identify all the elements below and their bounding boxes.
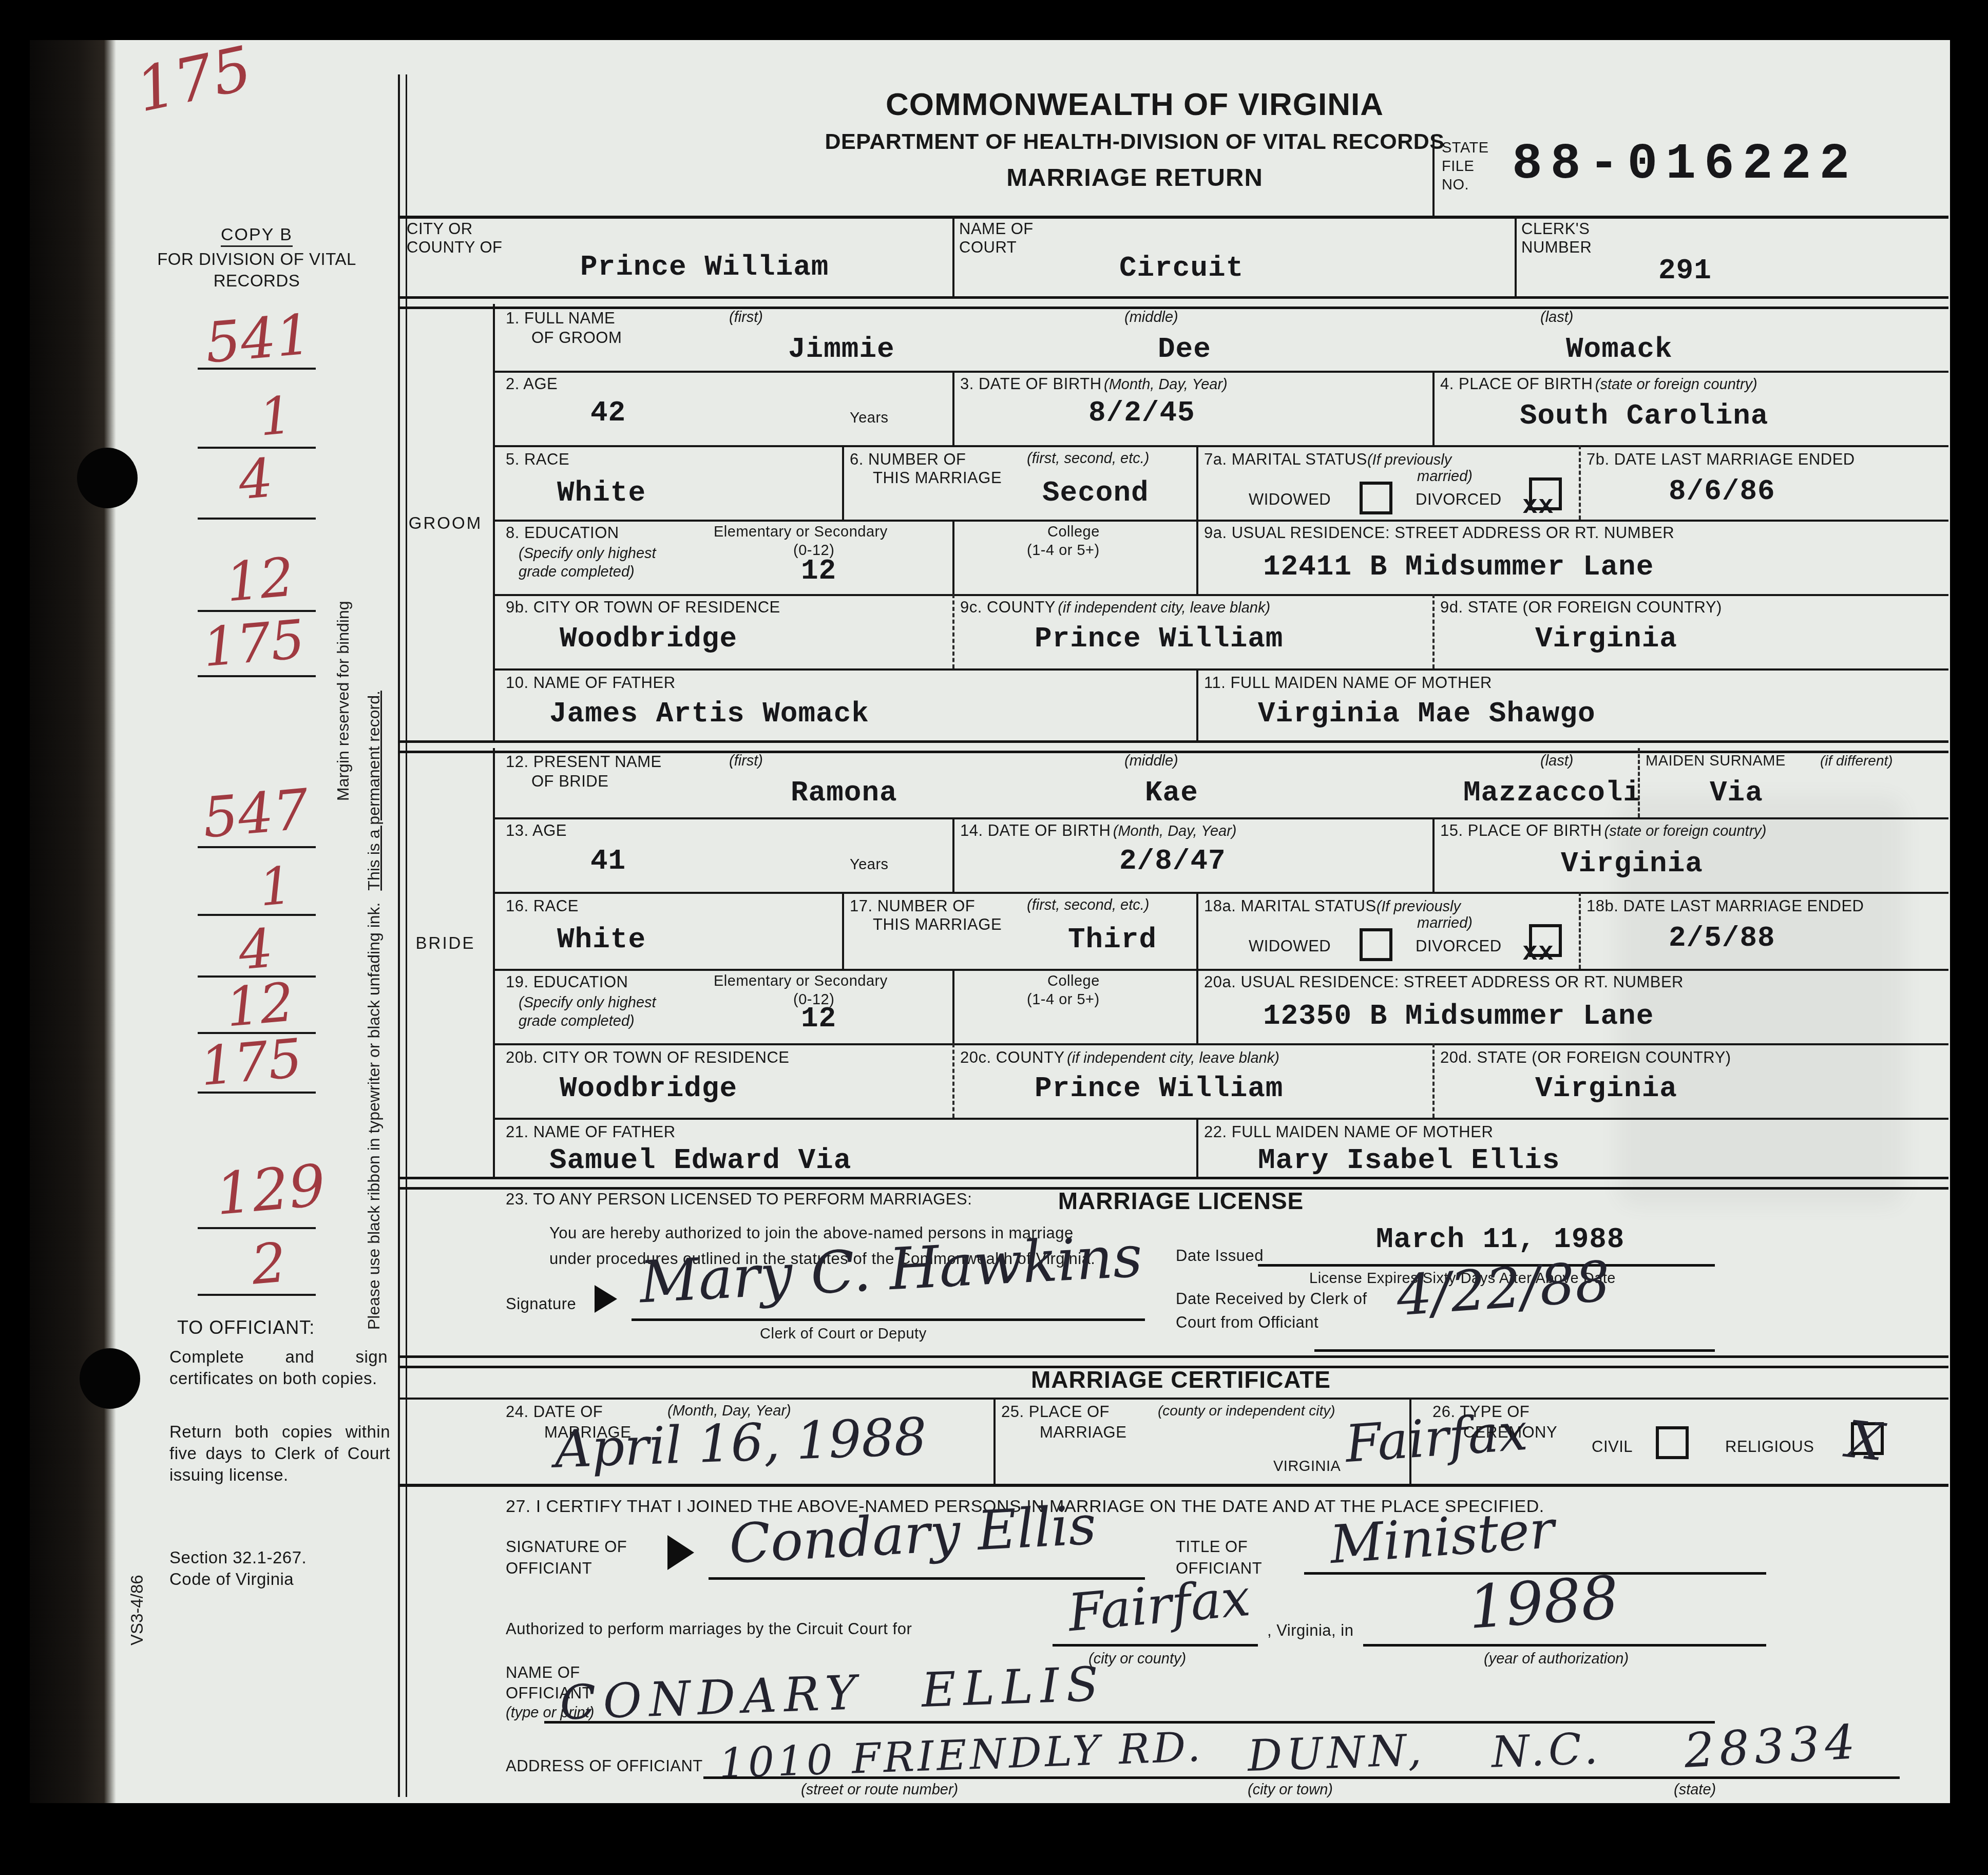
- field-label: 6. NUMBER OF: [850, 450, 966, 469]
- field-label: 12. PRESENT NAME: [506, 753, 662, 771]
- groom-birth-place: South Carolina: [1520, 399, 1768, 432]
- margin-number: 4: [236, 446, 276, 511]
- bride-last-name: Mazzaccoli: [1463, 776, 1641, 809]
- field-label-text: 18a. MARITAL STATUS: [1204, 897, 1377, 915]
- court-label: COURT: [959, 238, 1017, 257]
- license-addressee-label: 23. TO ANY PERSON LICENSED TO PERFORM MA…: [506, 1190, 972, 1209]
- grid-line: [1432, 371, 1435, 445]
- form-code: VS3-4/86: [127, 1575, 147, 1646]
- margin-rule: [198, 368, 316, 370]
- grid-line: [1196, 1118, 1198, 1177]
- copy-for-line2: RECORDS: [118, 271, 395, 291]
- margin-number: 175: [200, 608, 307, 679]
- field-label: Elementary or Secondary: [714, 973, 888, 990]
- field-label: OF BRIDE: [531, 772, 608, 791]
- grid-line: [1579, 445, 1581, 520]
- statute-line2: Code of Virginia: [169, 1570, 294, 1589]
- field-hint: (first): [729, 309, 763, 326]
- field-label: MAIDEN SURNAME: [1646, 753, 1786, 770]
- grid-line: [952, 520, 954, 594]
- field-label: Years: [850, 856, 889, 873]
- grid-line: [493, 748, 495, 1177]
- religious-label: RELIGIOUS: [1725, 1438, 1814, 1456]
- field-hint: (middle): [1124, 753, 1178, 770]
- title-commonwealth: COMMONWEALTH OF VIRGINIA: [647, 86, 1622, 123]
- field-label: 11. FULL MAIDEN NAME OF MOTHER: [1204, 674, 1492, 692]
- margin-rule: [198, 1227, 316, 1229]
- grid-line: [493, 892, 1948, 894]
- field-label-text: 4. PLACE OF BIRTH: [1440, 375, 1593, 393]
- bride-maiden-surname: Via: [1710, 776, 1763, 809]
- margin-rule: [198, 914, 316, 916]
- field-label: 8. EDUCATION: [506, 524, 619, 542]
- field-label: 19. EDUCATION: [506, 973, 628, 991]
- authorized-place-line: [1053, 1644, 1258, 1647]
- grid-line: [493, 1118, 1948, 1120]
- state-file-label: FILE: [1442, 158, 1474, 175]
- field-label: 20c. COUNTY (if independent city, leave …: [960, 1048, 1279, 1067]
- field-label: 3. DATE OF BIRTH (Month, Day, Year): [960, 375, 1228, 393]
- date-received-line: [1314, 1349, 1715, 1352]
- field-label: (1-4 or 5+): [1027, 542, 1100, 559]
- field-label-text: 15. PLACE OF BIRTH: [1440, 821, 1602, 839]
- field-label: 14. DATE OF BIRTH (Month, Day, Year): [960, 821, 1236, 840]
- bride-state: Virginia: [1535, 1072, 1677, 1105]
- civil-checkbox: [1656, 1426, 1689, 1459]
- city-county-value: Prince William: [580, 251, 829, 283]
- grid-line: [493, 520, 1948, 522]
- authorized-year-value: 1988: [1466, 1563, 1621, 1642]
- address-city-value: DUNN,: [1247, 1725, 1426, 1781]
- grid-line: [993, 1398, 996, 1484]
- binding-note: Margin reserved for binding: [334, 601, 353, 801]
- signature-arrow-icon: [667, 1535, 694, 1570]
- grid-line: [952, 817, 954, 892]
- field-label: THIS MARRIAGE: [873, 915, 1002, 934]
- field-label: 2. AGE: [506, 375, 558, 393]
- civil-label: CIVIL: [1592, 1438, 1633, 1456]
- license-heading: MARRIAGE LICENSE: [950, 1187, 1412, 1215]
- field-label: 20b. CITY OR TOWN OF RESIDENCE: [506, 1048, 789, 1067]
- grid-line: [493, 371, 1948, 373]
- bride-mother-name: Mary Isabel Ellis: [1258, 1144, 1560, 1177]
- bride-birth-date: 2/8/47: [1119, 845, 1226, 877]
- field-label: 21. NAME OF FATHER: [506, 1123, 676, 1141]
- groom-middle-name: Dee: [1158, 333, 1211, 366]
- bride-race: White: [557, 923, 646, 956]
- bride-street: 12350 B Midsummer Lane: [1263, 1000, 1654, 1032]
- bride-band-label: BRIDE: [398, 933, 493, 953]
- field-hint: (last): [1540, 753, 1573, 770]
- bride-county: Prince William: [1035, 1072, 1283, 1105]
- field-label: 16. RACE: [506, 897, 579, 915]
- field-label: 13. AGE: [506, 821, 567, 840]
- grid-line: [493, 304, 495, 740]
- signature-sublabel: Clerk of Court or Deputy: [760, 1326, 927, 1343]
- field-hint: (county or independent city): [1158, 1403, 1335, 1419]
- clerk-number-label: NUMBER: [1521, 238, 1592, 257]
- field-label: College: [1047, 524, 1100, 541]
- groom-race: White: [557, 476, 646, 509]
- grid-line: [398, 1484, 1948, 1487]
- ink-note-text: Please use black ribbon in typewriter or…: [365, 903, 383, 1330]
- field-label-text: 7a. MARITAL STATUS: [1204, 450, 1367, 468]
- court-value: Circuit: [1119, 252, 1244, 284]
- field-label: Elementary or Secondary: [714, 524, 888, 541]
- field-hint: (If previously: [1377, 898, 1461, 915]
- copy-for-line1: FOR DIVISION OF VITAL: [118, 250, 395, 269]
- groom-father-name: James Artis Womack: [549, 697, 869, 730]
- field-hint: grade completed): [519, 564, 635, 581]
- to-officiant-note1: Complete and sign certificates on both c…: [169, 1346, 388, 1389]
- field-label: 22. FULL MAIDEN NAME OF MOTHER: [1204, 1123, 1493, 1141]
- field-label: 20d. STATE (OR FOREIGN COUNTRY): [1440, 1048, 1731, 1067]
- field-hint: (first, second, etc.): [1027, 897, 1150, 914]
- religious-check-mark: X: [1844, 1409, 1887, 1473]
- grid-line: [952, 216, 954, 296]
- field-label: 20a. USUAL RESIDENCE: STREET ADDRESS OR …: [1204, 973, 1684, 991]
- punch-hole: [77, 448, 138, 508]
- signature-label: Signature: [506, 1295, 576, 1313]
- groom-birth-date: 8/2/45: [1088, 396, 1195, 429]
- margin-number: 2: [249, 1231, 289, 1296]
- grid-line: [493, 1043, 1948, 1045]
- margin-number: 1: [257, 855, 295, 917]
- field-hint: (Specify only highest: [519, 545, 656, 562]
- bride-first-name: Ramona: [791, 776, 897, 809]
- field-hint: (Month, Day, Year): [1113, 823, 1237, 839]
- widowed-label: WIDOWED: [1249, 937, 1331, 955]
- groom-band-label: GROOM: [398, 513, 493, 533]
- grid-line: [398, 1398, 1948, 1400]
- bride-last-marriage-ended: 2/5/88: [1669, 922, 1775, 954]
- grid-line: [493, 969, 1948, 971]
- date-received-label: Court from Officiant: [1176, 1313, 1318, 1332]
- field-label: 7b. DATE LAST MARRIAGE ENDED: [1586, 450, 1855, 469]
- field-hint: (If previously: [1367, 452, 1451, 468]
- field-label: THIS MARRIAGE: [873, 469, 1002, 487]
- officiant-signature-line: [709, 1577, 1145, 1580]
- field-label: 18a. MARITAL STATUS(If previously: [1204, 897, 1461, 915]
- margin-number: 1: [257, 385, 295, 447]
- field-label: CEREMONY: [1463, 1423, 1557, 1442]
- field-hint: married): [1417, 915, 1473, 932]
- divorced-label: DIVORCED: [1416, 490, 1502, 509]
- bride-middle-name: Kae: [1145, 776, 1198, 809]
- copy-label: COPY B: [118, 225, 395, 245]
- bride-city: Woodbridge: [560, 1072, 737, 1105]
- field-label: 17. NUMBER OF: [850, 897, 975, 915]
- margin-number: 175: [198, 1027, 304, 1098]
- state-hint: (state): [1674, 1782, 1716, 1799]
- authorized-label: Authorized to perform marriages by the C…: [506, 1620, 912, 1638]
- widowed-checkbox: [1360, 482, 1392, 514]
- field-hint: (if independent city, leave blank): [1058, 600, 1270, 616]
- grid-line: [493, 594, 1948, 596]
- groom-education: 12: [801, 554, 836, 587]
- virginia-suffix: VIRGINIA: [1273, 1458, 1341, 1475]
- state-file-number: 88-016222: [1512, 136, 1858, 193]
- field-label: SIGNATURE OF: [506, 1538, 627, 1556]
- field-label-text: 20c. COUNTY: [960, 1048, 1065, 1066]
- field-hint: (first): [729, 753, 763, 770]
- groom-marriage-number: Second: [1042, 476, 1149, 509]
- field-label-text: 9c. COUNTY: [960, 598, 1056, 616]
- field-label: 1. FULL NAME: [506, 309, 615, 328]
- margin-rule: [198, 1092, 316, 1094]
- grid-line: [493, 445, 1948, 447]
- field-label: MARRIAGE: [1040, 1423, 1126, 1442]
- officiant-name-line: [544, 1721, 1715, 1724]
- grid-line: [952, 969, 954, 1043]
- field-label: 9b. CITY OR TOWN OF RESIDENCE: [506, 598, 780, 617]
- widowed-checkbox: [1360, 928, 1392, 961]
- margin-number: 541: [203, 302, 314, 375]
- bride-education: 12: [801, 1002, 836, 1035]
- grid-line: [1579, 892, 1581, 969]
- to-officiant-heading: TO OFFICIANT:: [177, 1317, 315, 1338]
- field-label: 10. NAME OF FATHER: [506, 674, 676, 692]
- date-received-label: Date Received by Clerk of: [1176, 1290, 1367, 1308]
- groom-last-name: Womack: [1566, 333, 1673, 366]
- section-divider: [398, 296, 1948, 309]
- bride-birth-place: Virginia: [1561, 847, 1703, 880]
- clerk-number-value: 291: [1658, 254, 1712, 287]
- address-zip-value: 28334: [1683, 1714, 1861, 1778]
- city-county-label: CITY OR: [407, 220, 473, 238]
- grid-line: [1196, 520, 1198, 594]
- signature-line: [632, 1318, 1145, 1321]
- margin-number: 129: [213, 1152, 328, 1228]
- title-marriage-return: MARRIAGE RETURN: [647, 163, 1622, 192]
- field-label-text: 3. DATE OF BIRTH: [960, 375, 1102, 393]
- field-hint: (state or foreign country): [1595, 376, 1757, 393]
- field-label: 9a. USUAL RESIDENCE: STREET ADDRESS OR R…: [1204, 524, 1674, 542]
- grid-line: [842, 445, 844, 520]
- authorized-year-line: [1363, 1644, 1766, 1647]
- field-hint: (Specify only highest: [519, 994, 656, 1011]
- groom-state: Virginia: [1535, 622, 1677, 655]
- field-label: 9c. COUNTY (if independent city, leave b…: [960, 598, 1270, 617]
- groom-age: 42: [590, 396, 626, 429]
- grid-line: [398, 216, 1948, 219]
- grid-line: [1515, 216, 1517, 296]
- virginia-in-label: , Virginia, in: [1267, 1621, 1353, 1640]
- grid-line: [1638, 748, 1640, 817]
- bride-age: 41: [590, 845, 626, 877]
- field-hint: (if different): [1820, 753, 1893, 769]
- divorced-label: DIVORCED: [1416, 937, 1502, 955]
- authorized-year-hint: (year of authorization): [1484, 1651, 1629, 1668]
- to-officiant-note2: Return both copies within five days to C…: [169, 1421, 390, 1486]
- field-hint: (first, second, etc.): [1027, 450, 1150, 467]
- groom-street: 12411 B Midsummer Lane: [1263, 550, 1654, 583]
- field-hint: (if independent city, leave blank): [1067, 1050, 1279, 1066]
- field-label: 7a. MARITAL STATUS(If previously: [1204, 450, 1451, 469]
- margin-rule: [198, 1294, 316, 1296]
- field-label: OFFICIANT: [506, 1559, 592, 1578]
- field-label: 9d. STATE (OR FOREIGN COUNTRY): [1440, 598, 1722, 617]
- address-state-value: N.C.: [1490, 1723, 1602, 1777]
- margin-rule: [198, 675, 316, 677]
- field-hint: (state or foreign country): [1604, 823, 1767, 839]
- grid-line: [952, 594, 954, 668]
- field-label: 18b. DATE LAST MARRIAGE ENDED: [1586, 897, 1864, 915]
- groom-first-name: Jimmie: [788, 333, 895, 366]
- street-hint: (street or route number): [801, 1782, 958, 1799]
- margin-rule: [198, 518, 316, 520]
- address-label: ADDRESS OF OFFICIANT: [506, 1757, 703, 1775]
- groom-county: Prince William: [1035, 622, 1283, 655]
- court-label: NAME OF: [959, 220, 1034, 238]
- binding-spine: [30, 40, 116, 1803]
- city-county-label: COUNTY OF: [407, 238, 503, 257]
- margin-rule: [198, 846, 316, 848]
- field-label: Years: [850, 410, 889, 427]
- field-label: OF GROOM: [531, 329, 622, 347]
- bride-father-name: Samuel Edward Via: [549, 1144, 851, 1177]
- signature-arrow-icon: [595, 1285, 617, 1313]
- certificate-heading: MARRIAGE CERTIFICATE: [950, 1366, 1412, 1393]
- grid-line: [1432, 1043, 1435, 1118]
- field-label-text: 14. DATE OF BIRTH: [960, 821, 1111, 839]
- divorced-check-mark: xx: [1522, 492, 1554, 521]
- section-divider: [398, 740, 1948, 753]
- grid-line: [842, 892, 844, 969]
- clerk-number-label: CLERK'S: [1521, 220, 1590, 238]
- field-hint: married): [1417, 468, 1473, 485]
- grid-line: [1196, 892, 1198, 969]
- statute-line1: Section 32.1-267.: [169, 1548, 307, 1567]
- state-file-label: STATE: [1442, 140, 1489, 157]
- field-label: (1-4 or 5+): [1027, 991, 1100, 1008]
- margin-number: 12: [223, 545, 296, 614]
- margin-number: 547: [200, 777, 311, 850]
- field-label: 5. RACE: [506, 450, 569, 469]
- grid-line: [1409, 1398, 1411, 1484]
- grid-line: [952, 371, 954, 445]
- permanent-record-note: This is a permanent record.: [365, 691, 383, 891]
- ink-note: Please use black ribbon in typewriter or…: [365, 691, 384, 1330]
- state-file-label: NO.: [1442, 177, 1469, 194]
- grid-line: [493, 668, 1948, 671]
- field-label: 4. PLACE OF BIRTH (state or foreign coun…: [1440, 375, 1757, 393]
- field-label: 25. PLACE OF: [1001, 1403, 1110, 1421]
- field-hint: grade completed): [519, 1013, 635, 1030]
- field-label: 15. PLACE OF BIRTH (state or foreign cou…: [1440, 821, 1766, 840]
- grid-line: [952, 1043, 954, 1118]
- field-label: College: [1047, 973, 1100, 990]
- field-label: 26. TYPE OF: [1432, 1403, 1530, 1421]
- grid-line: [493, 817, 1948, 819]
- grid-line: [1196, 668, 1198, 740]
- groom-city: Woodbridge: [560, 622, 737, 655]
- copy-label-text: COPY B: [221, 225, 293, 247]
- groom-mother-name: Virginia Mae Shawgo: [1258, 697, 1596, 730]
- field-hint: (Month, Day, Year): [1104, 376, 1228, 393]
- grid-line: [1432, 817, 1435, 892]
- grid-line: [1432, 594, 1435, 668]
- field-hint: (last): [1540, 309, 1573, 326]
- scanned-marriage-return-document: 175 COPY B FOR DIVISION OF VITAL RECORDS…: [0, 0, 1988, 1875]
- date-issued-label: Date Issued: [1176, 1247, 1264, 1265]
- city-hint: (city or town): [1248, 1782, 1333, 1799]
- divorced-check-mark: xx: [1522, 939, 1554, 968]
- punch-hole: [80, 1348, 140, 1409]
- field-hint: (middle): [1124, 309, 1178, 326]
- bride-marriage-number: Third: [1068, 923, 1157, 956]
- groom-last-marriage-ended: 8/6/86: [1669, 475, 1775, 508]
- state-file-box-border: [1432, 135, 1435, 216]
- widowed-label: WIDOWED: [1249, 490, 1331, 509]
- grid-line: [1196, 969, 1198, 1043]
- field-label: TITLE OF: [1176, 1538, 1248, 1556]
- address-line: [703, 1776, 1900, 1779]
- grid-line: [1196, 445, 1198, 520]
